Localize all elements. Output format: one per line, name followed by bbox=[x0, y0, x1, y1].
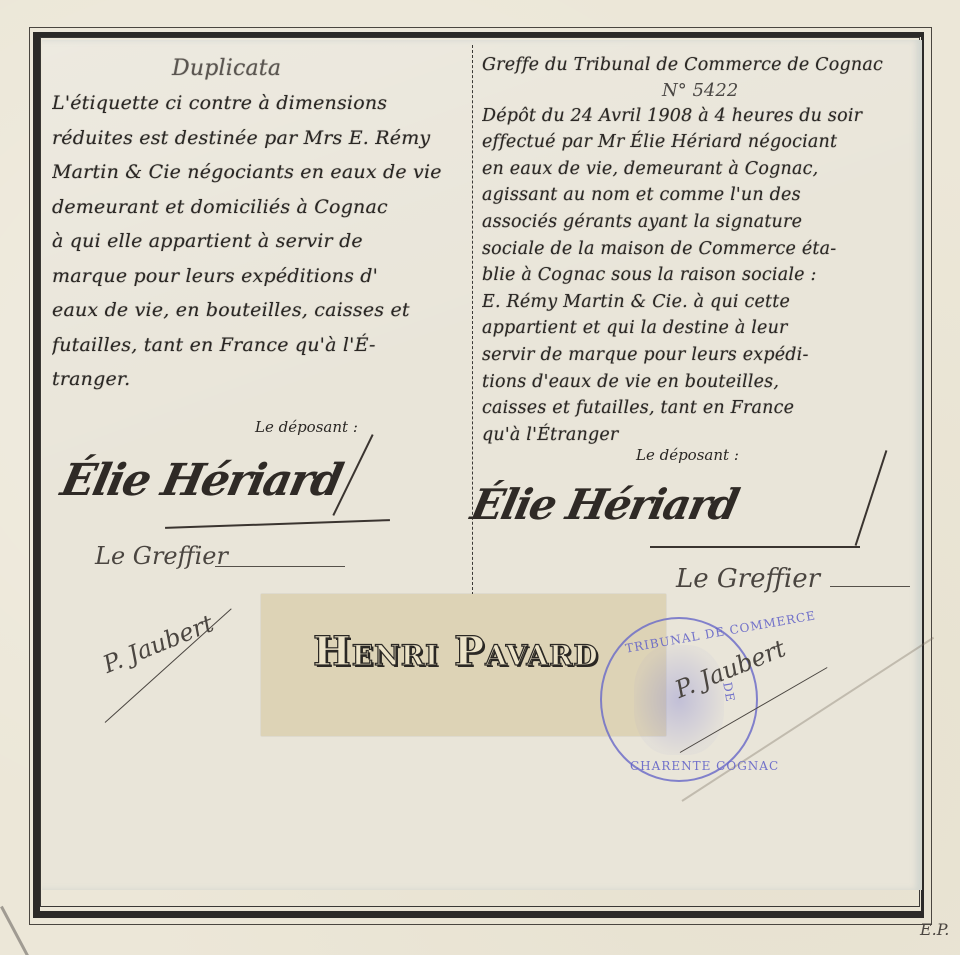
text-line: qu'à l'Étranger bbox=[482, 422, 922, 449]
text-line: sociale de la maison de Commerce éta- bbox=[482, 236, 922, 263]
registry-heading: Greffe du Tribunal de Commerce de Cognac bbox=[482, 52, 922, 79]
left-clerk-label: Le Greffier bbox=[95, 542, 228, 570]
text-line: agissant au nom et comme l'un des bbox=[482, 182, 922, 209]
signature-flourish bbox=[650, 546, 860, 548]
right-clerk-label: Le Greffier bbox=[676, 564, 820, 594]
text-line: servir de marque pour leurs expédi- bbox=[482, 342, 922, 369]
right-deposant-label: Le déposant : bbox=[636, 446, 739, 464]
text-line: réduites est destinée par Mrs E. Rémy bbox=[52, 121, 462, 156]
text-line: tranger. bbox=[52, 362, 462, 397]
text-line: marque pour leurs expéditions d' bbox=[52, 259, 462, 294]
left-column-text: Duplicata L'étiquette ci contre à dimens… bbox=[52, 52, 462, 397]
text-line: eaux de vie, en bouteilles, caisses et bbox=[52, 293, 462, 328]
text-line: en eaux de vie, demeurant à Cognac, bbox=[482, 156, 922, 183]
text-line: E. Rémy Martin & Cie. à qui cette bbox=[482, 289, 922, 316]
text-line: tions d'eaux de vie en bouteilles, bbox=[482, 369, 922, 396]
stamp-bottom-text: CHARENTE COGNAC bbox=[630, 759, 779, 773]
left-deposant-label: Le déposant : bbox=[255, 418, 358, 436]
text-line: associés gérants ayant la signature bbox=[482, 209, 922, 236]
left-depositor-signature: Élie Hériard bbox=[57, 455, 346, 506]
trademark-name: Henri Pavard bbox=[313, 628, 599, 675]
clerk-underline bbox=[215, 566, 345, 567]
text-line: Dépôt du 24 Avril 1908 à 4 heures du soi… bbox=[482, 103, 922, 130]
right-depositor-signature: Élie Hériard bbox=[467, 480, 742, 529]
clerk-underline bbox=[830, 586, 910, 587]
text-line: appartient et qui la destine à leur bbox=[482, 315, 922, 342]
text-line: L'étiquette ci contre à dimensions bbox=[52, 86, 462, 121]
duplicata-heading: Duplicata bbox=[52, 52, 462, 86]
margin-initials: E.P. bbox=[920, 920, 949, 939]
text-line: demeurant et domiciliés à Cognac bbox=[52, 190, 462, 225]
registry-number: N° 5422 bbox=[482, 79, 922, 103]
text-line: caisses et futailles, tant en France bbox=[482, 395, 922, 422]
text-line: blie à Cognac sous la raison sociale : bbox=[482, 262, 922, 289]
text-line: Martin & Cie négociants en eaux de vie bbox=[52, 155, 462, 190]
right-column-text: Greffe du Tribunal de Commerce de Cognac… bbox=[482, 52, 922, 448]
text-line: à qui elle appartient à servir de bbox=[52, 224, 462, 259]
text-line: effectué par Mr Élie Hériard négociant bbox=[482, 129, 922, 156]
text-line: futailles, tant en France qu'à l'É- bbox=[52, 328, 462, 363]
